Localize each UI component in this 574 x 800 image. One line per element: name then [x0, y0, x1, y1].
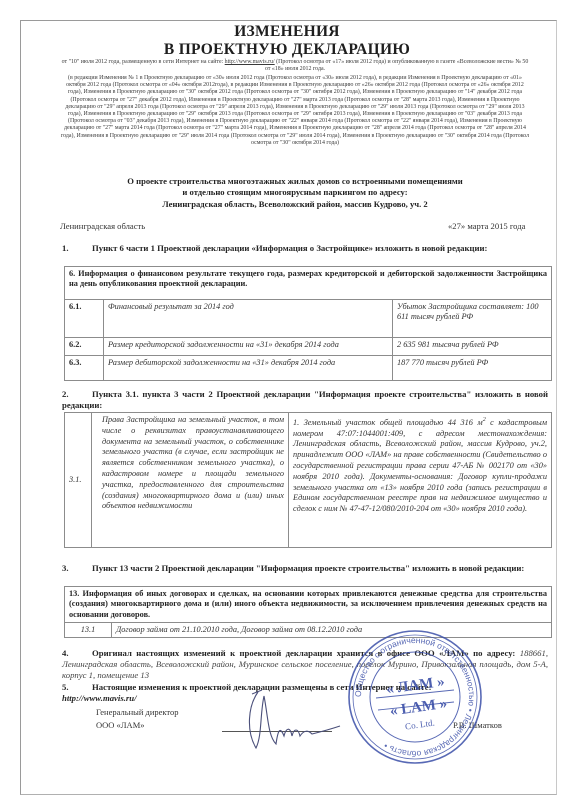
land-plot-text-cont: с кадастровым номером 47:07:1044001:409,… [293, 418, 547, 513]
row-6-3-code: 6.3. [65, 356, 104, 381]
row-6-2-code: 6.2. [65, 338, 104, 356]
section-2-table: 3.1. Права Застройщика на земельный учас… [64, 412, 552, 548]
company-stamp: Общество с ограниченной ответственностью… [346, 628, 484, 766]
signatory-position: Генеральный директор [96, 707, 179, 717]
section-1-heading: 1.Пункт 6 части 1 Проектной декларации «… [62, 243, 548, 254]
row-6-1-code: 6.1. [65, 300, 104, 338]
section-3-number: 3. [62, 563, 92, 574]
row-6-1-label: Финансовый результат за 2014 год [104, 300, 393, 338]
preamble-text: от "10" июля 2012 года, размещенную в се… [62, 59, 225, 65]
section-4-number: 4. [62, 648, 92, 659]
document-date: «27» марта 2015 года [448, 221, 525, 231]
section-5-number: 5. [62, 682, 92, 693]
section-1-table-header: 6. Информация о финансовом результате те… [65, 267, 552, 300]
revision-history: (в редакции Изменения № 1 в Проектную де… [60, 75, 530, 147]
website-link[interactable]: http://www.mavis.ru/ [62, 693, 137, 703]
land-plot-text: 1. Земельный участок общей площадью 44 3… [293, 418, 483, 427]
row-3-1-code: 3.1. [65, 413, 92, 548]
section-3-table-header: 13. Информация об иных договорах и сделк… [65, 587, 552, 623]
document-title-line1: ИЗМЕНЕНИЯ [0, 23, 574, 41]
document-place: Ленинградская область [60, 221, 145, 231]
subject-line2: и отдельно стоящим многоярусным паркинго… [60, 187, 530, 198]
subject-line3: Ленинградская область, Всеволожский райо… [60, 199, 530, 210]
row-13-1-code: 13.1 [65, 622, 112, 637]
row-13-1-value: Договор займа от 21.10.2010 года, Догово… [112, 622, 552, 637]
section-1-text: Пункт 6 части 1 Проектной декларации «Ин… [92, 243, 487, 253]
row-6-2-value: 2 635 981 тысяча рублей РФ [393, 338, 552, 356]
row-6-3-value: 187 770 тысяч рублей РФ [393, 356, 552, 381]
section-2-text: Пункта 3.1. пункта 3 части 2 Проектной д… [62, 389, 548, 410]
section-3-text: Пункт 13 части 2 Проектной декларации "И… [92, 563, 524, 573]
section-2-number: 2. [62, 389, 92, 400]
row-6-2-label: Размер кредиторской задолженности на «31… [104, 338, 393, 356]
section-1-number: 1. [62, 243, 92, 254]
preamble-link[interactable]: http://www.mavis.ru/ [225, 59, 275, 65]
stamp-co-ltd: Co. Ltd. [404, 718, 435, 732]
stamp-name-en: « LAM » [389, 696, 448, 720]
section-3-heading: 3.Пункт 13 части 2 Проектной декларации … [62, 563, 548, 574]
subject-line1: О проекте строительства многоэтажных жил… [60, 176, 530, 187]
row-6-1-value: Убыток Застройщика составляет: 100 611 т… [393, 300, 552, 338]
row-3-1-label: Права Застройщика на земельный участок, … [92, 413, 289, 548]
row-6-3-label: Размер дебиторской задолженности на «31»… [104, 356, 393, 381]
preamble-text-suffix: (Протокол осмотра от «17» июля 2012 года… [265, 59, 528, 72]
stamp-ring-text: Общество с ограниченной ответственностью… [353, 635, 477, 759]
document-title-line2: В ПРОЕКТНУЮ ДЕКЛАРАЦИЮ [0, 41, 574, 59]
handwritten-signature [228, 686, 348, 756]
signatory-company: ООО «ЛАМ» [96, 720, 145, 730]
section-2-heading: 2.Пункта 3.1. пункта 3 части 2 Проектной… [62, 389, 548, 410]
preamble: от "10" июля 2012 года, размещенную в се… [60, 59, 530, 73]
section-1-table: 6. Информация о финансовом результате те… [64, 266, 552, 381]
row-3-1-value: 1. Земельный участок общей площадью 44 3… [289, 413, 552, 548]
